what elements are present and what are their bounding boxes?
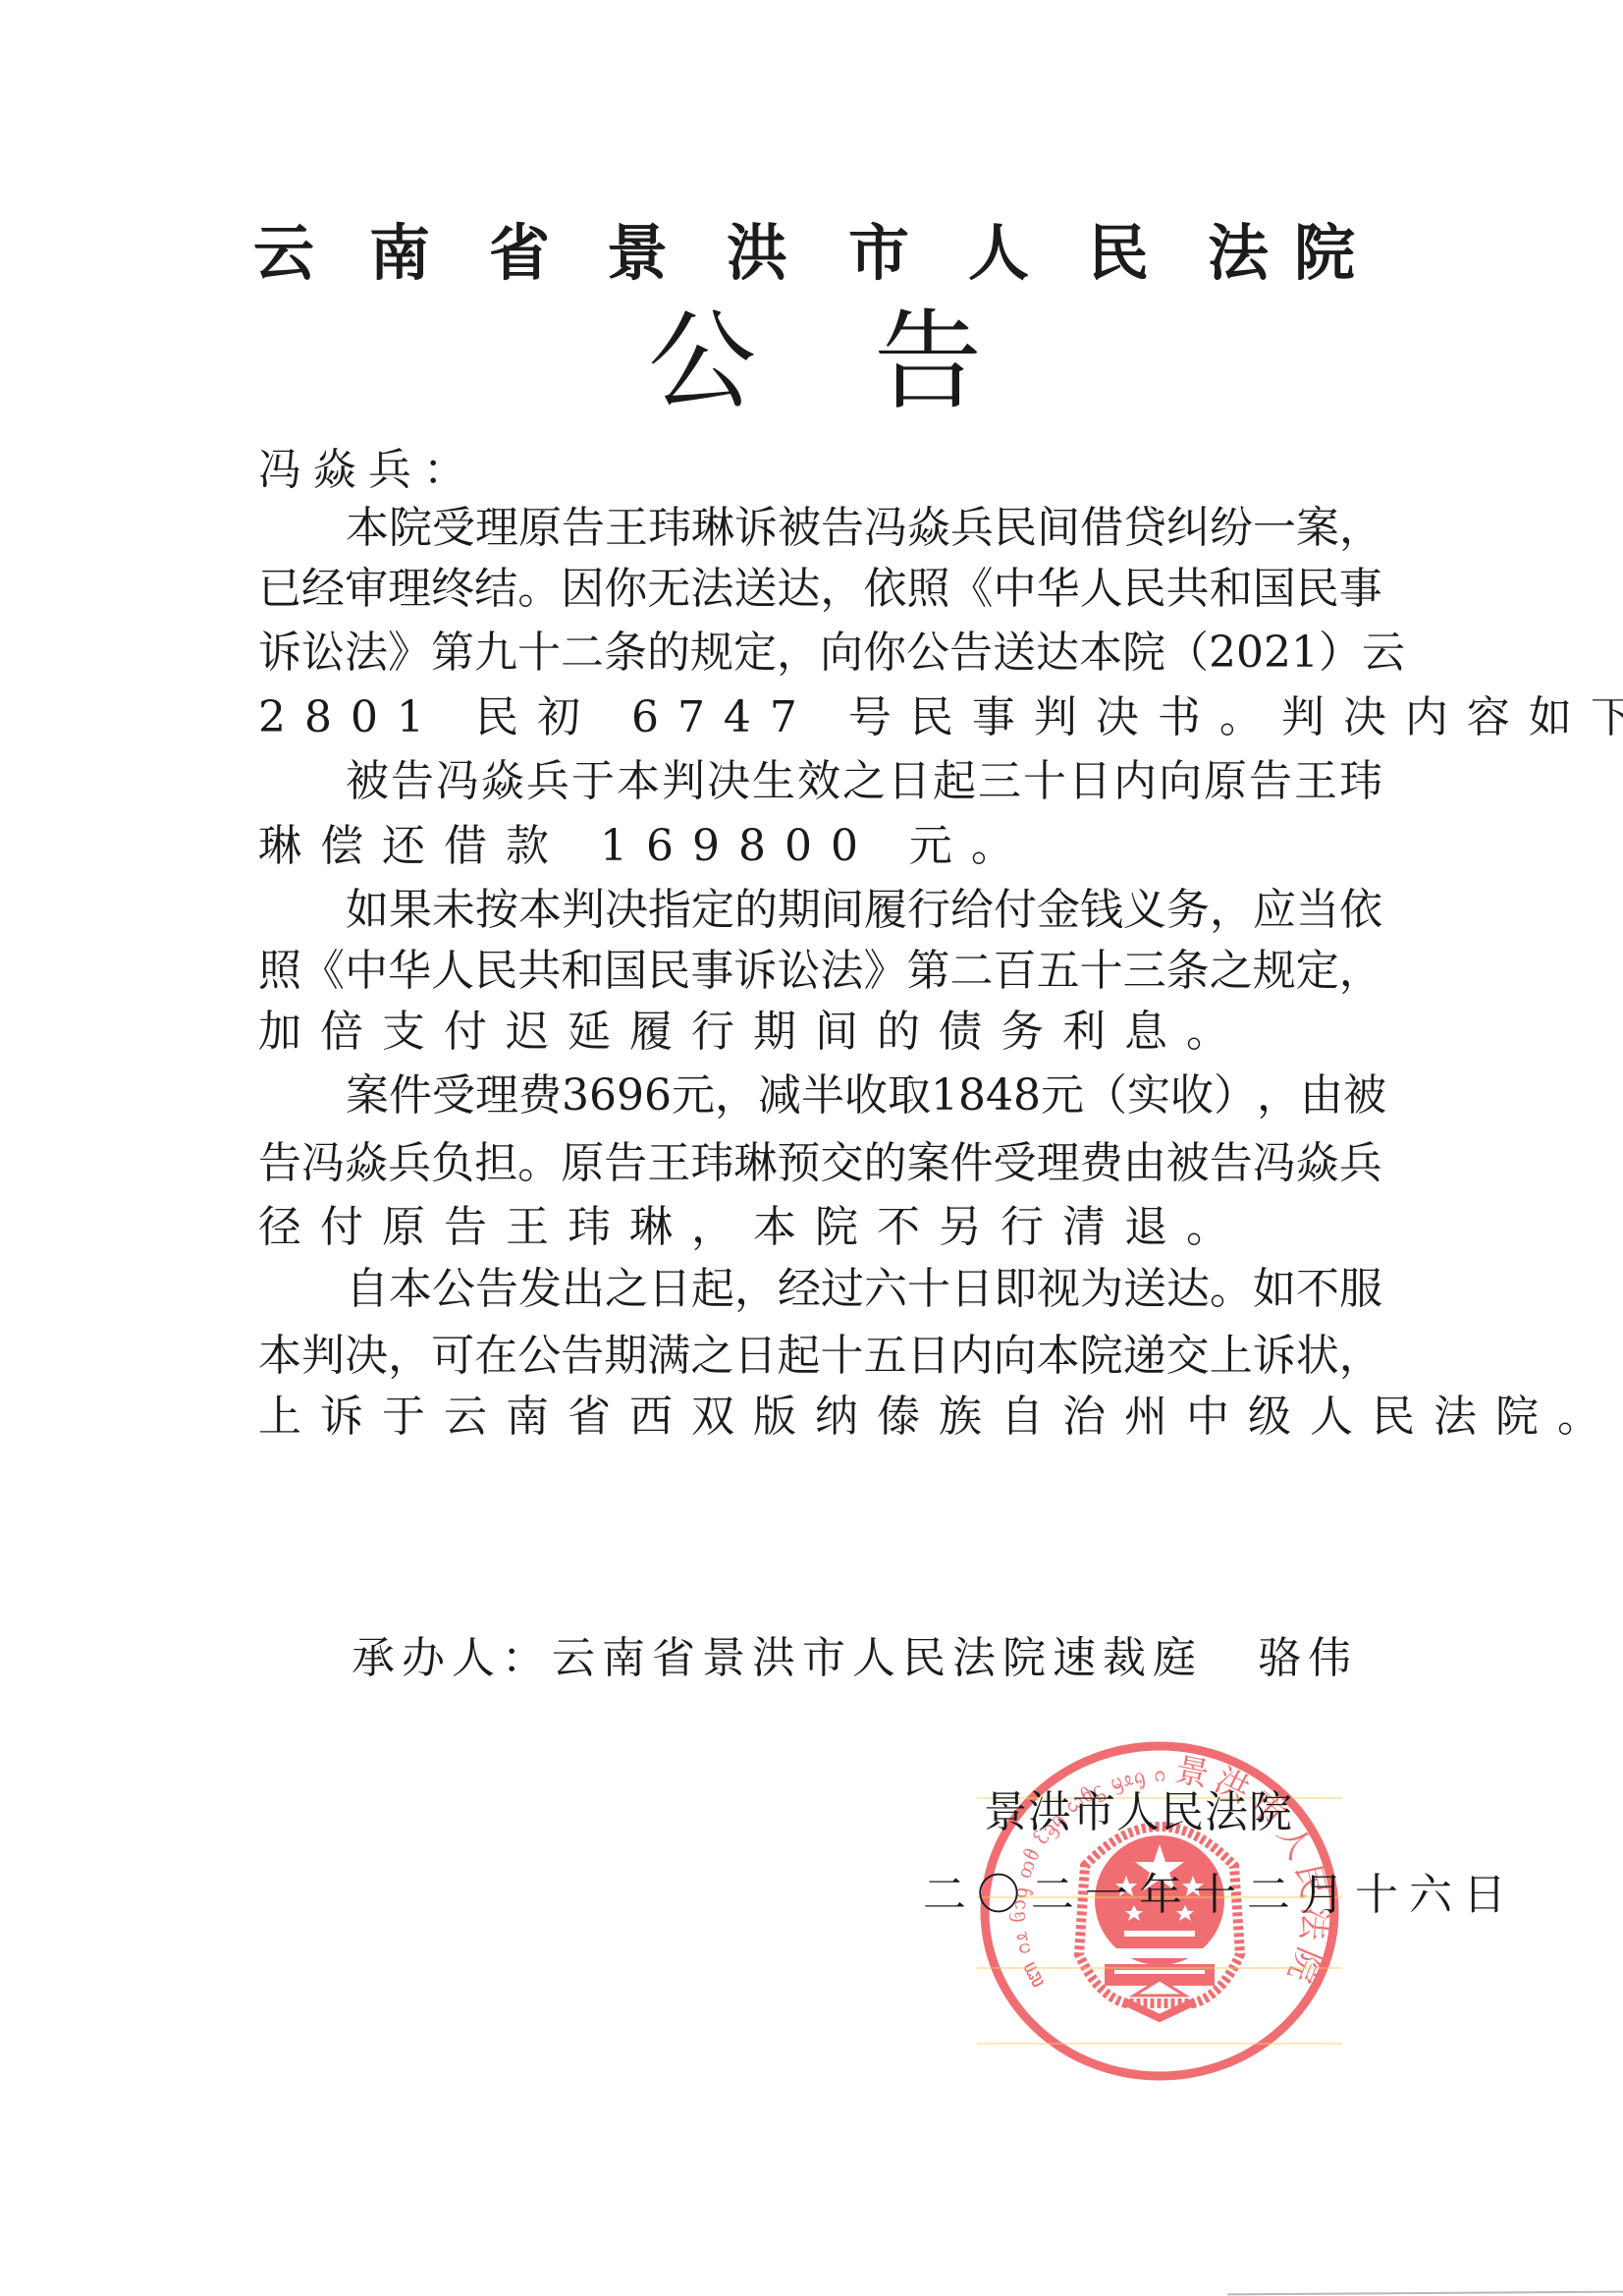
body-glyph: 预	[777, 1136, 820, 1191]
body-glyph: 3696	[562, 1068, 672, 1123]
body-glyph: 之	[605, 1262, 648, 1317]
body-glyph: 收	[1170, 1068, 1214, 1123]
body-glyph: 第	[906, 944, 949, 999]
document-type-heading: 公 告	[628, 302, 1021, 420]
body-glyph: 第	[431, 626, 474, 681]
body-glyph: 满	[647, 1329, 690, 1384]
body-glyph: 》	[863, 944, 906, 999]
body-glyph: 华	[1037, 562, 1080, 617]
body-glyph: 纷	[1210, 501, 1253, 556]
body-glyph: 案	[1296, 501, 1339, 556]
body-glyph: 之	[842, 754, 886, 809]
title-char: 南	[369, 218, 430, 289]
body-glyph: 实	[1127, 1068, 1170, 1123]
body-glyph: 不	[1296, 1262, 1339, 1317]
body-glyph: 送	[1123, 1262, 1166, 1317]
body-glyph: 1848	[931, 1068, 1041, 1123]
title-char: 洪	[727, 218, 787, 289]
body-glyph: 元	[672, 1068, 715, 1123]
body-line: 上诉于云南省西双版纳傣族自治州中级人民法院。	[258, 1390, 1382, 1445]
body-glyph: 三	[1123, 944, 1166, 999]
body-glyph: 冯	[1253, 1136, 1296, 1191]
body-glyph: 诉	[258, 626, 301, 681]
body-glyph: 已	[258, 562, 301, 617]
body-glyph: 华	[388, 944, 431, 999]
body-glyph: ，	[734, 1262, 778, 1317]
body-line: 本判决，可在公告期满之日起十五日内向本院递交上诉状，	[258, 1329, 1382, 1384]
body-glyph: 和	[561, 944, 604, 999]
body-glyph: 定	[1296, 944, 1339, 999]
body-glyph: 兵	[526, 754, 569, 809]
body-line: 2801 民初 6747 号民事判决书。判决内容如下：	[258, 690, 1382, 745]
body-glyph: 履	[864, 883, 907, 938]
title-char: 省	[489, 218, 550, 289]
body-glyph: 本	[389, 1262, 432, 1317]
body-glyph: 纠	[1166, 501, 1210, 556]
body-glyph: 发	[518, 1262, 562, 1317]
body-glyph: 务	[1166, 883, 1210, 938]
body-glyph: 的	[734, 883, 778, 938]
body-glyph: 在	[474, 1329, 517, 1384]
body-glyph: 法	[345, 626, 388, 681]
body-glyph: 当	[1296, 883, 1339, 938]
body-glyph: 决	[707, 754, 750, 809]
body-glyph: 被	[778, 501, 821, 556]
body-glyph: 送	[993, 626, 1036, 681]
body-glyph: 被	[1343, 1068, 1386, 1123]
body-glyph: 日	[888, 754, 931, 809]
body-glyph: 原	[1204, 754, 1247, 809]
body-glyph: 2021	[1209, 626, 1319, 681]
body-glyph: 上	[1210, 1329, 1253, 1384]
body-glyph: 过	[821, 1262, 864, 1317]
body-glyph: 玮	[648, 501, 691, 556]
body-glyph: 诉	[1253, 1329, 1296, 1384]
body-glyph: 决	[605, 883, 648, 938]
body-glyph: 服	[1339, 1262, 1382, 1317]
body-glyph: 原	[518, 501, 562, 556]
body-glyph: 照	[258, 944, 301, 999]
body-glyph: 受	[432, 1068, 475, 1123]
body-glyph: 期	[604, 1329, 647, 1384]
title-char: 市	[848, 218, 909, 289]
body-glyph: 判	[662, 754, 705, 809]
body-glyph: 中	[994, 562, 1037, 617]
body-glyph: 十	[1023, 754, 1066, 809]
body-glyph: ，	[777, 626, 820, 681]
body-glyph: 告	[821, 501, 864, 556]
title-char: 景	[607, 218, 668, 289]
body-glyph: 国	[604, 944, 647, 999]
heading-char: 告	[874, 302, 982, 420]
body-glyph: 共	[1166, 562, 1210, 617]
body-glyph: 终	[431, 562, 474, 617]
body-glyph: 你	[863, 626, 906, 681]
body-glyph: 钱	[1080, 883, 1123, 938]
body-glyph: 九	[474, 626, 517, 681]
body-glyph: 判	[562, 883, 605, 938]
body-glyph: 民	[1296, 562, 1339, 617]
body-glyph: ）	[1319, 626, 1362, 681]
body-glyph: ，	[1339, 501, 1382, 556]
body-glyph: 可	[431, 1329, 474, 1384]
body-line: 如果未按本判决指定的期间履行给付金钱义务，应当依	[346, 883, 1382, 938]
body-glyph: 民	[994, 501, 1037, 556]
body-glyph: 案	[906, 1136, 949, 1191]
body-glyph: 由	[1123, 1136, 1166, 1191]
body-glyph: 和	[1210, 562, 1253, 617]
body-glyph: 的	[647, 626, 690, 681]
body-glyph: 定	[691, 883, 734, 938]
body-glyph: 定	[733, 626, 777, 681]
body-glyph: 应	[1253, 883, 1296, 938]
body-glyph: 人	[1080, 562, 1123, 617]
body-glyph: （	[1084, 1068, 1127, 1123]
body-glyph: 经	[301, 562, 345, 617]
body-glyph: 送	[733, 562, 777, 617]
body-glyph: 共	[517, 944, 561, 999]
body-glyph: 公	[432, 1262, 475, 1317]
body-line: 已经审理终结。因你无法送达，依照《中华人民共和国民事	[258, 562, 1382, 617]
body-glyph: 焱	[345, 1136, 388, 1191]
body-glyph: 受	[432, 501, 475, 556]
body-glyph: 十	[1080, 944, 1123, 999]
body-glyph: 。	[517, 1136, 561, 1191]
body-glyph: 诉	[734, 501, 778, 556]
body-glyph: 讼	[301, 626, 345, 681]
body-glyph: 民	[647, 944, 690, 999]
body-glyph: ，	[820, 562, 863, 617]
body-glyph: 二	[950, 944, 994, 999]
body-glyph: 半	[801, 1068, 844, 1123]
body-glyph: 照	[906, 562, 949, 617]
body-glyph: 理	[475, 501, 518, 556]
body-glyph: 一	[1253, 501, 1296, 556]
body-glyph: 告	[562, 501, 605, 556]
body-glyph: 告	[475, 1262, 518, 1317]
body-line: 告冯焱兵负担。原告王玮琳预交的案件受理费由被告冯焱兵	[258, 1136, 1382, 1191]
body-glyph: 如	[1253, 1262, 1296, 1317]
body-glyph: 起	[933, 754, 976, 809]
case-handler-label: 承办人：云南省景洪市人民法院速裁庭	[352, 1633, 1203, 1683]
body-glyph: 事	[1339, 562, 1382, 617]
body-glyph: 冯	[864, 501, 907, 556]
body-glyph: 五	[863, 1329, 906, 1384]
body-glyph: 受	[994, 1136, 1037, 1191]
title-char: 人	[968, 218, 1029, 289]
heading-char: 公	[648, 302, 756, 420]
body-glyph: 贷	[1123, 501, 1166, 556]
body-glyph: 为	[1080, 1262, 1123, 1317]
body-glyph: 行	[907, 883, 950, 938]
body-glyph: 给	[950, 883, 994, 938]
body-glyph: 本	[1037, 1329, 1080, 1384]
body-glyph: 义	[1123, 883, 1166, 938]
body-glyph: 被	[1166, 1136, 1210, 1191]
body-glyph: 因	[561, 562, 604, 617]
title-char: 法	[1208, 218, 1269, 289]
body-glyph: 云	[1362, 626, 1405, 681]
body-glyph: ，	[1339, 1329, 1382, 1384]
body-glyph: 起	[691, 1262, 734, 1317]
body-glyph: 告	[561, 1329, 604, 1384]
body-glyph: 件	[950, 1136, 994, 1191]
body-glyph: ，	[1257, 1068, 1300, 1123]
scan-edge-line	[1227, 2291, 1623, 2296]
body-glyph: 取	[888, 1068, 931, 1123]
body-glyph: 生	[752, 754, 795, 809]
body-glyph: 冯	[436, 754, 479, 809]
body-glyph: 达	[1036, 626, 1079, 681]
body-glyph: 付	[994, 883, 1037, 938]
body-glyph: 理	[1037, 1136, 1080, 1191]
body-glyph: 自	[346, 1262, 389, 1317]
body-glyph: 本	[346, 501, 389, 556]
body-glyph: 交	[1166, 1329, 1210, 1384]
body-glyph: 视	[1037, 1262, 1080, 1317]
body-glyph: 按	[475, 883, 518, 938]
body-glyph: 向	[1159, 754, 1202, 809]
body-glyph: 无	[647, 562, 690, 617]
body-glyph: 费	[1080, 1136, 1123, 1191]
title-char: 院	[1294, 218, 1355, 289]
body-glyph: 指	[648, 883, 691, 938]
body-glyph: 琳	[733, 1136, 777, 1191]
body-line: 照《中华人民共和国民事诉讼法》第二百五十三条之规定，	[258, 944, 1382, 999]
body-glyph: 未	[432, 883, 475, 938]
body-glyph: 本	[1079, 626, 1122, 681]
body-glyph: 规	[1253, 944, 1296, 999]
body-glyph: 告	[1249, 754, 1292, 809]
body-glyph: 出	[562, 1262, 605, 1317]
body-glyph: 琳	[691, 501, 734, 556]
body-glyph: ，	[388, 1329, 431, 1384]
body-glyph: 效	[797, 754, 840, 809]
body-glyph: 告	[949, 626, 993, 681]
body-glyph: 结	[474, 562, 517, 617]
body-glyph: 告	[604, 1136, 647, 1191]
body-glyph: 日	[950, 1262, 994, 1317]
body-glyph: （	[1165, 626, 1209, 681]
body-glyph: 告	[391, 754, 434, 809]
body-glyph: 王	[647, 1136, 690, 1191]
body-glyph: 果	[389, 883, 432, 938]
body-glyph: 民	[474, 944, 517, 999]
body-glyph: 人	[431, 944, 474, 999]
body-glyph: 依	[863, 562, 906, 617]
body-glyph: 间	[1037, 501, 1080, 556]
body-glyph: 。	[1210, 1262, 1253, 1317]
body-glyph: 六	[864, 1262, 907, 1317]
body-glyph: 达	[1166, 1262, 1210, 1317]
body-glyph: 法	[820, 944, 863, 999]
body-glyph: 间	[821, 883, 864, 938]
body-glyph: 十	[517, 626, 561, 681]
body-line: 径付原告王玮琳，本院不另行清退。	[258, 1200, 1382, 1255]
body-glyph: 本	[617, 754, 660, 809]
body-glyph: 即	[994, 1262, 1037, 1317]
body-glyph: 被	[346, 754, 389, 809]
body-glyph: 焱	[1296, 1136, 1339, 1191]
body-glyph: 玮	[1339, 754, 1382, 809]
body-glyph: 民	[1123, 562, 1166, 617]
body-glyph: 原	[561, 1136, 604, 1191]
body-glyph: 焱	[481, 754, 524, 809]
body-glyph: 本	[518, 883, 562, 938]
body-glyph: 《	[950, 562, 994, 617]
body-glyph: 理	[388, 562, 431, 617]
body-glyph: ，	[715, 1068, 758, 1123]
body-glyph: 交	[820, 1136, 863, 1191]
body-glyph: 兵	[950, 501, 994, 556]
body-glyph: 规	[690, 626, 733, 681]
body-glyph: ，	[1339, 944, 1382, 999]
body-glyph: 状	[1296, 1329, 1339, 1384]
salutation: 冯焱兵：	[258, 443, 478, 498]
body-glyph: 件	[389, 1068, 432, 1123]
body-glyph: 经	[778, 1262, 821, 1317]
body-glyph: 你	[604, 562, 647, 617]
body-glyph: 如	[346, 883, 389, 938]
body-glyph: 《	[301, 944, 345, 999]
body-glyph: 焱	[907, 501, 950, 556]
body-glyph: 院	[389, 501, 432, 556]
body-glyph: 冯	[301, 1136, 345, 1191]
body-glyph: 达	[777, 562, 820, 617]
body-glyph: 讼	[777, 944, 820, 999]
body-glyph: 之	[690, 1329, 733, 1384]
body-glyph: 负	[431, 1136, 474, 1191]
body-glyph: 条	[1166, 944, 1210, 999]
body-glyph: 玮	[690, 1136, 733, 1191]
body-line: 加倍支付迟延履行期间的债务利息。	[258, 1005, 1382, 1060]
body-glyph: 的	[863, 1136, 906, 1191]
body-glyph: 国	[1253, 562, 1296, 617]
body-glyph: 向	[994, 1329, 1037, 1384]
body-line: 本院受理原告王玮琳诉被告冯焱兵民间借贷纠纷一案，	[346, 501, 1382, 556]
body-glyph: 起	[777, 1329, 820, 1384]
body-glyph: 依	[1339, 883, 1382, 938]
body-glyph: 兵	[1339, 1136, 1382, 1191]
body-line: 案件受理费3696元，减半收取1848元（实收），由被	[346, 1068, 1382, 1123]
case-handler-line: 承办人：云南省景洪市人民法院速裁庭骆伟	[352, 1631, 1358, 1686]
body-glyph: 》	[388, 626, 431, 681]
case-handler-name: 骆伟	[1258, 1633, 1358, 1683]
body-glyph: 十	[907, 1262, 950, 1317]
issuing-court: 景洪市人民法院	[984, 1785, 1293, 1840]
body-glyph: 由	[1300, 1068, 1343, 1123]
body-glyph: 十	[820, 1329, 863, 1384]
body-glyph: 费	[518, 1068, 562, 1123]
body-glyph: 理	[475, 1068, 518, 1123]
body-glyph: 日	[733, 1329, 777, 1384]
body-glyph: 中	[345, 944, 388, 999]
body-glyph: 之	[1210, 944, 1253, 999]
body-glyph: 三	[978, 754, 1021, 809]
body-glyph: 期	[778, 883, 821, 938]
body-glyph: 兵	[388, 1136, 431, 1191]
body-line: 琳偿还借款 169800 元。	[258, 819, 1382, 874]
body-glyph: 内	[950, 1329, 994, 1384]
court-name-title: 云 南 省 景 洪 市 人 民 法 院	[253, 218, 1373, 289]
body-glyph: 公	[517, 1329, 561, 1384]
body-glyph: 内	[1113, 754, 1157, 809]
body-glyph: 向	[820, 626, 863, 681]
body-glyph: 百	[994, 944, 1037, 999]
body-glyph: 法	[690, 562, 733, 617]
body-glyph: 日	[906, 1329, 949, 1384]
body-glyph: ）	[1214, 1068, 1257, 1123]
body-glyph: 案	[346, 1068, 389, 1123]
body-glyph: 借	[1080, 501, 1123, 556]
body-glyph: 。	[517, 562, 561, 617]
body-glyph: 减	[758, 1068, 801, 1123]
body-glyph: 日	[648, 1262, 691, 1317]
body-glyph: 本	[258, 1329, 301, 1384]
body-glyph: 公	[906, 626, 949, 681]
body-glyph: 收	[844, 1068, 888, 1123]
body-glyph: 王	[605, 501, 648, 556]
body-glyph: 判	[301, 1329, 345, 1384]
body-glyph: 日	[1068, 754, 1111, 809]
body-glyph: 王	[1294, 754, 1337, 809]
body-glyph: 院	[1122, 626, 1165, 681]
body-glyph: 院	[1080, 1329, 1123, 1384]
body-glyph: 担	[474, 1136, 517, 1191]
issue-date: 二〇二一年十二月十六日	[923, 1868, 1517, 1923]
body-glyph: 条	[604, 626, 647, 681]
body-glyph: 二	[561, 626, 604, 681]
body-line: 自本公告发出之日起，经过六十日即视为送达。如不服	[346, 1262, 1382, 1317]
body-glyph: 告	[258, 1136, 301, 1191]
body-glyph: 诉	[733, 944, 777, 999]
body-glyph: 决	[345, 1329, 388, 1384]
body-line: 被告冯焱兵于本判决生效之日起三十日内向原告王玮	[346, 754, 1382, 809]
body-line: 诉讼法》第九十二条的规定，向你公告送达本院（2021）云	[258, 626, 1382, 681]
body-glyph: 于	[571, 754, 615, 809]
body-glyph: ，	[1210, 883, 1253, 938]
body-glyph: 金	[1037, 883, 1080, 938]
body-glyph: 五	[1037, 944, 1080, 999]
body-glyph: 审	[345, 562, 388, 617]
body-glyph: 元	[1041, 1068, 1084, 1123]
body-glyph: 事	[690, 944, 733, 999]
title-char: 民	[1088, 218, 1149, 289]
title-char: 云	[253, 218, 314, 289]
body-glyph: 告	[1210, 1136, 1253, 1191]
body-glyph: 递	[1123, 1329, 1166, 1384]
